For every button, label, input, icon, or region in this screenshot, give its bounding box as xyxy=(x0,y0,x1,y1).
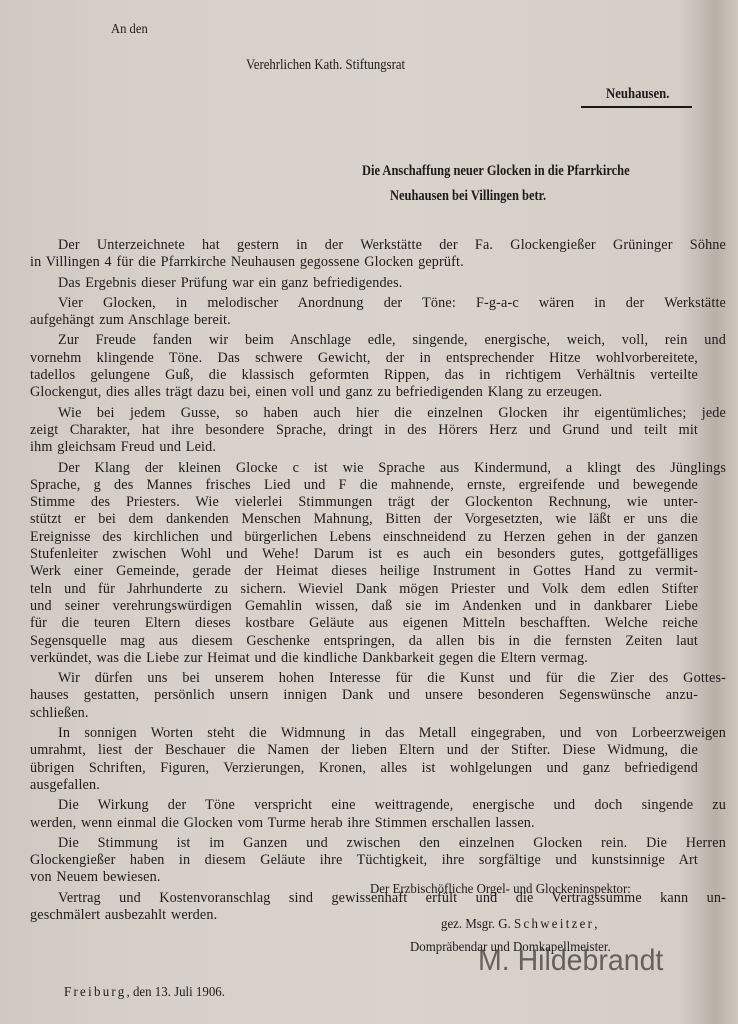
text-line: werden, wenn einmal die Glocken vom Turm… xyxy=(30,815,698,832)
paragraph: Wir dürfen uns bei unserem hohen Interes… xyxy=(30,670,698,722)
signature-name: gez. Msgr. G. Schweitzer, xyxy=(441,917,597,933)
text-line: Stimme des Priesters. Wie vielerlei Stim… xyxy=(30,494,698,511)
text-line: Wir dürfen uns bei unserem hohen Interes… xyxy=(30,670,726,687)
signature-prefix: gez. Msgr. G. xyxy=(441,917,514,932)
letter-body: Der Unterzeichnete hat gestern in der We… xyxy=(30,237,698,927)
paragraph: Zur Freude fanden wir beim Anschlage edl… xyxy=(30,332,698,401)
text-line: vornehm klingende Töne. Das schwere Gewi… xyxy=(30,350,698,367)
text-line: zeigt Charakter, hat ihre besondere Spra… xyxy=(30,422,698,439)
text-line: Vier Glocken, in melodischer Anordnung d… xyxy=(30,295,726,312)
text-line: stützt er bei dem dankenden Menschen Mah… xyxy=(30,511,698,528)
text-line: für die teuren Eltern dieses kostbare Ge… xyxy=(30,615,698,632)
text-line: Wie bei jedem Gusse, so haben auch hier … xyxy=(30,405,726,422)
text-line: In sonnigen Worten steht die Widmnung in… xyxy=(30,725,726,742)
text-line: Glockengut, dies alles trägt dazu bei, e… xyxy=(30,384,698,401)
date: , den 13. Juli 1906. xyxy=(127,985,225,1000)
text-line: Stufenleiter zwischen Wohl und Wehe! Dar… xyxy=(30,546,698,563)
paragraph: Der Klang der kleinen Glocke c ist wie S… xyxy=(30,460,698,668)
place-date: Freiburg, den 13. Juli 1906. xyxy=(64,985,225,1001)
text-line: Der Klang der kleinen Glocke c ist wie S… xyxy=(30,460,726,477)
text-line: Ereignisse des kirchlichen und bürgerlic… xyxy=(30,529,698,546)
signature-suffix: , xyxy=(594,917,597,932)
paragraph: Die Wirkung der Töne verspricht eine wei… xyxy=(30,797,698,832)
watermark: M. Hildebrandt xyxy=(478,944,663,978)
text-line: Glockengießer haben in diesem Geläute ih… xyxy=(30,852,698,869)
text-line: ausgefallen. xyxy=(30,777,698,794)
text-line: Werk einer Gemeinde, gerade der Heimat d… xyxy=(30,563,698,580)
text-line: hauses gestatten, persönlich unsern inni… xyxy=(30,687,698,704)
text-line: tadellos gelungene Guß, die klassisch ge… xyxy=(30,367,698,384)
text-line: Segensquelle mag aus diesem Geschenke en… xyxy=(30,633,698,650)
text-line: Das Ergebnis dieser Prüfung war ein ganz… xyxy=(30,275,698,292)
paragraph: Wie bei jedem Gusse, so haben auch hier … xyxy=(30,405,698,457)
place-city: Freiburg xyxy=(64,985,127,1000)
text-line: geschmälert ausbezahlt werden. xyxy=(30,907,698,924)
text-line: übrigen Schriften, Figuren, Verzierungen… xyxy=(30,760,698,777)
text-line: Die Stimmung ist im Ganzen und zwischen … xyxy=(30,835,726,852)
text-line: Der Unterzeichnete hat gestern in der We… xyxy=(30,237,726,254)
recipient-place: Neuhausen. xyxy=(606,86,669,103)
paragraph: Der Unterzeichnete hat gestern in der We… xyxy=(30,237,698,272)
text-line: Die Wirkung der Töne verspricht eine wei… xyxy=(30,797,726,814)
text-line: verkündet, was die Liebe zur Heimat und … xyxy=(30,650,698,667)
text-line: Zur Freude fanden wir beim Anschlage edl… xyxy=(30,332,726,349)
text-line: teln und für Jahrhunderte zu sichern. Wi… xyxy=(30,581,698,598)
text-line: umrahmt, liest der Beschauer die Namen d… xyxy=(30,742,698,759)
text-line: schließen. xyxy=(30,705,698,722)
recipient: Verehrlichen Kath. Stiftungsrat xyxy=(246,57,405,74)
text-line: in Villingen 4 für die Pfarrkirche Neuha… xyxy=(30,254,698,271)
text-line: und seiner verehrungswürdigen Gemahlin w… xyxy=(30,598,698,615)
paragraph: Vier Glocken, in melodischer Anordnung d… xyxy=(30,295,698,330)
salutation: An den xyxy=(111,22,148,38)
paragraph: In sonnigen Worten steht die Widmnung in… xyxy=(30,725,698,794)
text-line: aufgehängt zum Anschlage bereit. xyxy=(30,312,698,329)
text-line: ihm gleichsam Freud und Leid. xyxy=(30,439,698,456)
subject-line-1: Die Anschaffung neuer Glocken in die Pfa… xyxy=(362,163,630,180)
text-line: Sprache, g des Mannes frisches Lied und … xyxy=(30,477,698,494)
paragraph: Die Stimmung ist im Ganzen und zwischen … xyxy=(30,835,698,887)
paragraph: Das Ergebnis dieser Prüfung war ein ganz… xyxy=(30,275,698,292)
address-underline xyxy=(581,106,692,108)
signature-closing: Der Erzbischöfliche Orgel- und Glockenin… xyxy=(370,882,631,898)
subject-line-2: Neuhausen bei Villingen betr. xyxy=(390,188,546,205)
signature-surname: Schweitzer xyxy=(514,917,594,932)
